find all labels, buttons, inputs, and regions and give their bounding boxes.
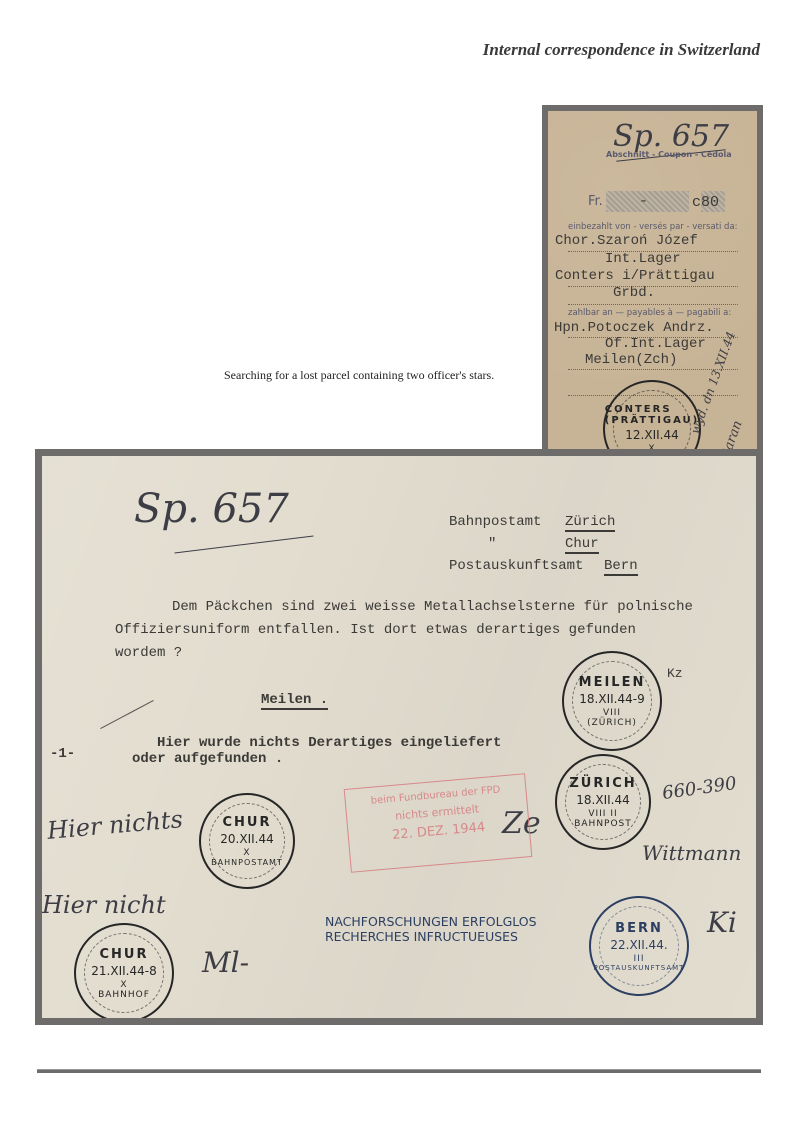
sender-line: Conters i/Prättigau (555, 268, 715, 284)
payee-line: Hpn.Potoczek Andrz. (554, 320, 714, 336)
amount-centimes: c80 (692, 194, 719, 211)
body-line: Dem Päckchen sind zwei weisse Metallachs… (172, 599, 693, 615)
addressee-office: Postauskunftsamt (449, 558, 583, 574)
reply-number: -1- (50, 746, 75, 762)
page-title: Internal correspondence in Switzerland (483, 40, 760, 60)
sender-line: Grbd. (613, 285, 655, 301)
chur-bahnhof-postmark: CHUR 21.XII.44-8 X BAHNHOF (74, 923, 174, 1018)
handwritten-note: Hier nicht (42, 891, 166, 919)
body-line: wordem ? (115, 645, 182, 661)
sender-line: Chor.Szaroń Józef (555, 233, 698, 249)
coupon-header: Abschnitt - Coupon - Cedola (606, 150, 732, 159)
amount-prefix: Fr. (588, 194, 603, 209)
handwritten-initial: Ki (707, 906, 737, 939)
meilen-postmark: MEILEN 18.XII.44-9 VIII (ZÜRICH) (562, 651, 662, 751)
addressee-place: Zürich (565, 514, 615, 532)
bern-postmark: BERN 22.XII.44. III POSTAUSKUNFTSAMT (589, 896, 689, 996)
red-box-stamp: beim Fundbureau der FPD nichts ermittelt… (344, 773, 533, 873)
sender-line: Int.Lager (605, 251, 681, 267)
body-line: Offiziersuniform entfallen. Ist dort etw… (115, 622, 636, 638)
coupon-handwritten-ref: Sp. 657 (613, 119, 729, 154)
handwritten-signature: Wittmann (642, 841, 741, 865)
payee-label: zahlbar an — payables à — pagabili a: (568, 308, 731, 318)
letter-handwritten-ref: Sp. 657 (134, 486, 289, 532)
reply-line: oder aufgefunden . (132, 751, 283, 767)
addressee-office: Bahnpostamt (449, 514, 541, 530)
amount-francs: - (639, 193, 648, 210)
zurich-postmark: ZÜRICH 18.XII.44 VIII II BAHNPOST (555, 754, 651, 850)
reply-line: Hier wurde nichts Derartiges eingeliefer… (157, 735, 501, 751)
result-stamp: NACHFORSCHUNGEN ERFOLGLOS RECHERCHES INF… (325, 914, 537, 944)
handwritten-note: Hier nichts (46, 805, 184, 845)
payee-line: Of.Int.Lager (605, 336, 706, 352)
kz-mark: Kz (667, 666, 683, 681)
addressee-place: Chur (565, 536, 599, 554)
inquiry-letter: Sp. 657 Bahnpostamt Zürich " Chur Postau… (42, 456, 756, 1018)
addressee-office: " (488, 536, 496, 552)
handwritten-initial: Ml- (202, 946, 249, 979)
underline-stroke (174, 535, 313, 553)
addressee-place: Bern (604, 558, 638, 576)
handwritten-stroke (100, 700, 153, 729)
payee-line: Meilen(Zch) (585, 352, 677, 368)
caption: Searching for a lost parcel containing t… (224, 368, 494, 383)
reply-place: Meilen . (261, 692, 328, 710)
sender-label: einbezahlt von - versés par - versati da… (568, 222, 738, 232)
bottom-divider (37, 1069, 761, 1073)
letter-frame: Sp. 657 Bahnpostamt Zürich " Chur Postau… (35, 449, 763, 1025)
chur-bahnpostamt-postmark: CHUR 20.XII.44 X BAHNPOSTAMT (199, 793, 295, 889)
handwritten-note: 660-390 (661, 773, 738, 804)
